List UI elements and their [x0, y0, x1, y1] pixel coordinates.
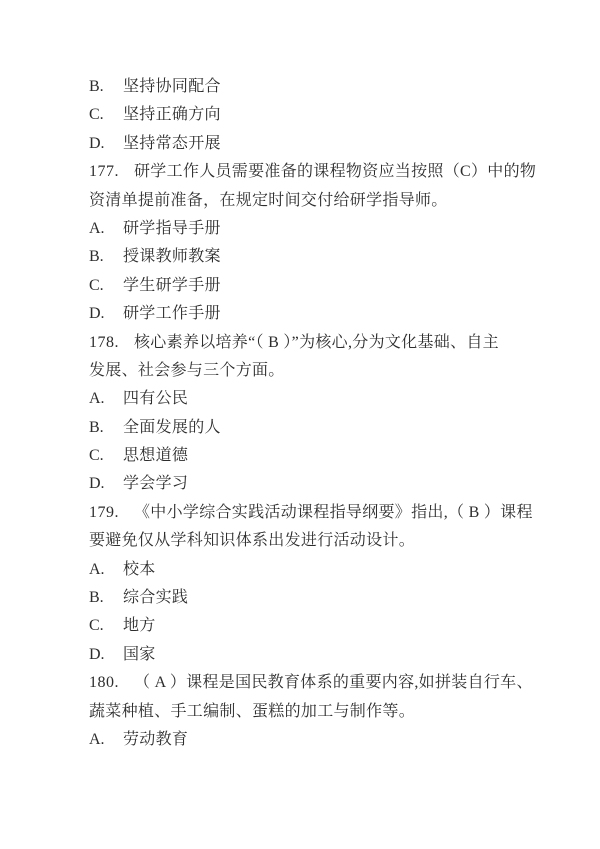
- option-line: A.劳动教育: [89, 726, 540, 754]
- option-line: B.授课教师教案: [89, 243, 540, 271]
- option-line: C.地方: [89, 612, 540, 640]
- option-text: 研学指导手册: [123, 220, 221, 237]
- option-line: A.研学指导手册: [89, 215, 540, 243]
- question-stem-text: 核心素养以培养“（ B ）”为核心,分为文化基础、自主: [134, 334, 499, 351]
- option-line: B.综合实践: [89, 584, 540, 612]
- option-letter: B.: [89, 73, 123, 101]
- option-text: 学会学习: [123, 475, 188, 492]
- option-line: D.国家: [89, 641, 540, 669]
- option-letter: C.: [89, 101, 123, 129]
- option-letter: C.: [89, 612, 123, 640]
- option-letter: D.: [89, 641, 123, 669]
- question-number: 180.: [89, 669, 134, 697]
- question-stem-text: 要避免仅从学科知识体系出发进行活动设计。: [89, 532, 415, 549]
- option-text: 地方: [123, 617, 156, 634]
- option-text: 国家: [123, 646, 156, 663]
- question-stem-line: 资清单提前准备，在规定时间交付给研学指导师。: [89, 187, 540, 215]
- question-stem-text: 研学工作人员需要准备的课程物资应当按照（C）中的物: [134, 163, 536, 180]
- option-letter: D.: [89, 130, 123, 158]
- option-text: 授课教师教案: [123, 248, 221, 265]
- question-stem-line: 179.《中小学综合实践活动课程指导纲要》指出,（ B ）课程: [89, 499, 540, 527]
- question-number: 179.: [89, 499, 134, 527]
- option-letter: A.: [89, 556, 123, 584]
- option-text: 坚持常态开展: [123, 135, 221, 152]
- option-text: 综合实践: [123, 589, 188, 606]
- option-text: 学生研学手册: [123, 277, 221, 294]
- question-stem-line: 蔬菜种植、手工编制、蛋糕的加工与制作等。: [89, 698, 540, 726]
- option-line: B.坚持协同配合: [89, 73, 540, 101]
- option-line: A.四有公民: [89, 385, 540, 413]
- option-line: B.全面发展的人: [89, 414, 540, 442]
- option-text: 四有公民: [123, 390, 188, 407]
- option-text: 校本: [123, 561, 156, 578]
- option-text: 思想道德: [123, 447, 188, 464]
- question-number: 178.: [89, 329, 134, 357]
- option-line: A.校本: [89, 556, 540, 584]
- question-stem-text: 《中小学综合实践活动课程指导纲要》指出,（ B ）课程: [134, 504, 533, 521]
- option-text: 研学工作手册: [123, 305, 221, 322]
- option-letter: A.: [89, 726, 123, 754]
- question-stem-text: 发展、社会参与三个方面。: [89, 362, 285, 379]
- option-letter: D.: [89, 470, 123, 498]
- option-letter: D.: [89, 300, 123, 328]
- question-stem-line: 要避免仅从学科知识体系出发进行活动设计。: [89, 527, 540, 555]
- option-letter: B.: [89, 243, 123, 271]
- option-letter: A.: [89, 215, 123, 243]
- option-text: 坚持协同配合: [123, 78, 221, 95]
- option-letter: C.: [89, 442, 123, 470]
- option-letter: A.: [89, 385, 123, 413]
- option-line: C.坚持正确方向: [89, 101, 540, 129]
- option-text: 全面发展的人: [123, 419, 221, 436]
- option-line: D.坚持常态开展: [89, 130, 540, 158]
- option-line: C.思想道德: [89, 442, 540, 470]
- option-line: D.研学工作手册: [89, 300, 540, 328]
- option-text: 坚持正确方向: [123, 106, 221, 123]
- question-stem-line: 177.研学工作人员需要准备的课程物资应当按照（C）中的物: [89, 158, 540, 186]
- question-stem-text: 蔬菜种植、手工编制、蛋糕的加工与制作等。: [89, 703, 415, 720]
- question-stem-line: 178.核心素养以培养“（ B ）”为核心,分为文化基础、自主: [89, 329, 540, 357]
- question-stem-text: （ A ）课程是国民教育体系的重要内容,如拼装自行车、: [134, 674, 533, 691]
- question-number: 177.: [89, 158, 134, 186]
- option-letter: B.: [89, 584, 123, 612]
- option-letter: C.: [89, 272, 123, 300]
- option-line: D.学会学习: [89, 470, 540, 498]
- option-letter: B.: [89, 414, 123, 442]
- question-stem-line: 发展、社会参与三个方面。: [89, 357, 540, 385]
- question-stem-text: 资清单提前准备，在规定时间交付给研学指导师。: [89, 192, 448, 209]
- question-stem-line: 180.（ A ）课程是国民教育体系的重要内容,如拼装自行车、: [89, 669, 540, 697]
- option-text: 劳动教育: [123, 731, 188, 748]
- option-line: C.学生研学手册: [89, 272, 540, 300]
- document-page: B.坚持协同配合 C.坚持正确方向 D.坚持常态开展 177.研学工作人员需要准…: [0, 0, 600, 849]
